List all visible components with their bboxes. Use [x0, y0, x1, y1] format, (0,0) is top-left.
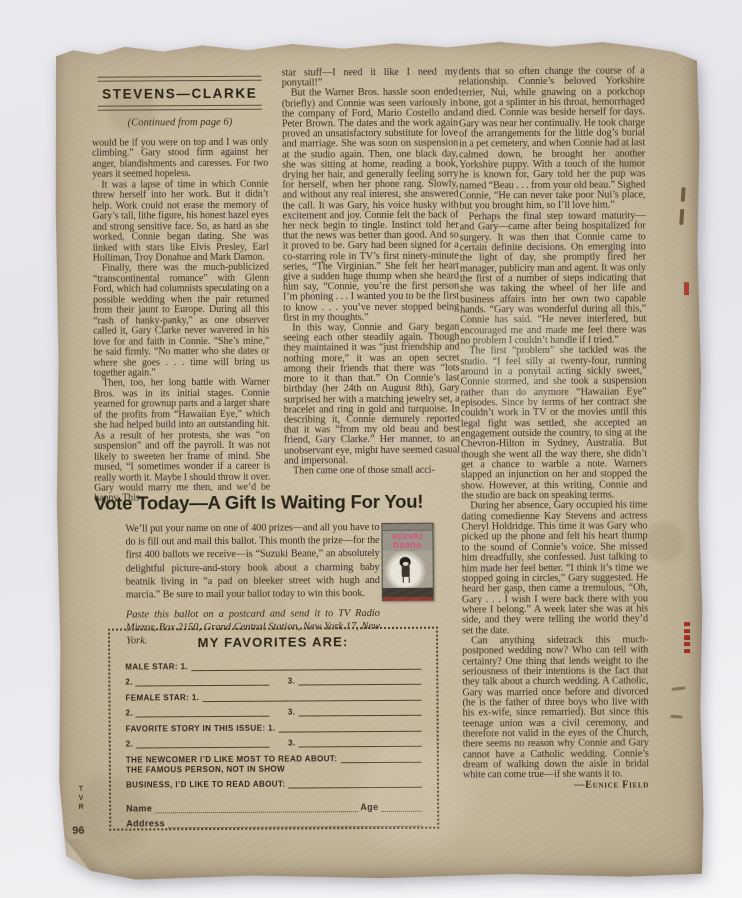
spine-code: T V R	[75, 785, 87, 812]
spine-letter: R	[75, 803, 87, 812]
vote-section: Vote Today—A Gift Is Waiting For You! We…	[94, 491, 459, 649]
girl-figure-body	[401, 566, 409, 577]
continued-from-note: (Continued from page 6)	[92, 117, 268, 129]
book-cover-illustration	[383, 551, 433, 588]
ballot-row-male-star: MALE STAR: 1.	[125, 654, 421, 671]
choice-3-label: 3.	[288, 738, 299, 747]
address-label: Address	[126, 819, 168, 828]
female-star-label: FEMALE STAR: 1.	[125, 693, 202, 702]
page-number: 96	[72, 825, 84, 837]
corner-fold	[58, 838, 153, 881]
choice-2-label: 2.	[126, 708, 137, 717]
ballot-row-story-23: 2. 3.	[126, 731, 422, 748]
ballot-row-female-23: 2. 3.	[125, 700, 421, 717]
write-in-line	[278, 721, 421, 732]
article-paragraph: It was a lapse of time in which Connie t…	[92, 179, 269, 264]
newcomer-label: THE NEWCOMER I’D LIKE MOST TO READ ABOUT…	[126, 754, 341, 764]
book-cover-red-stripe	[383, 597, 433, 601]
article-column-2: star stuff—I need it like I need my pony…	[282, 68, 460, 477]
write-in-line	[191, 659, 421, 670]
ballot-row-address: Address	[126, 811, 422, 828]
choice-2-label: 2.	[125, 677, 136, 686]
ballot-row-male-23: 2. 3.	[125, 669, 421, 686]
article-paragraph: Finally, there was the much-publicized “…	[93, 263, 270, 379]
article-paragraph: Then came one of those small acci-	[284, 465, 460, 476]
article-column-1: STEVENS—CLARKE (Continued from page 6) w…	[92, 76, 271, 505]
write-in-line	[136, 707, 270, 718]
book-cover-footer-band	[383, 588, 433, 597]
article-paragraph: star stuff—I need it like I need my pony…	[282, 68, 458, 89]
ballot-row-newcomer: THE NEWCOMER I’D LIKE MOST TO READ ABOUT…	[126, 747, 422, 764]
staple-mark	[679, 187, 685, 225]
male-star-label: MALE STAR: 1.	[125, 662, 191, 671]
article-paragraph: The first “problem” she tackled was the …	[460, 346, 647, 502]
write-in-line	[136, 676, 270, 687]
girl-figure-legs	[403, 577, 410, 583]
ballot-form: MY FAVORITES ARE: MALE STAR: 1. 2. 3. FE…	[108, 627, 439, 831]
write-in-line	[288, 778, 422, 789]
article-heading: STEVENS—CLARKE	[92, 86, 268, 102]
name-write-in-line	[155, 802, 358, 813]
famous-person-label-2: BUSINESS, I’D LIKE TO READ ABOUT:	[126, 780, 288, 790]
paper-sheet: STEVENS—CLARKE (Continued from page 6) w…	[53, 39, 704, 881]
paragraph-text: Can anything sidetrack this much-postpon…	[462, 634, 649, 781]
choice-3-label: 3.	[288, 707, 299, 716]
edge-tear	[670, 715, 682, 718]
vote-body-text: We’ll put your name on one of 400 prizes…	[125, 521, 379, 602]
write-in-line	[340, 752, 422, 762]
write-in-line	[298, 675, 421, 686]
choice-3-label: 3.	[288, 676, 299, 685]
choice-2-label: 2.	[126, 739, 137, 748]
red-edge-mark	[684, 282, 689, 295]
address-write-in-line	[168, 817, 422, 829]
ballot-title: MY FAVORITES ARE:	[125, 634, 421, 651]
article-paragraph: Can anything sidetrack this much-postpon…	[462, 635, 649, 781]
article-paragraph: In this way, Connie and Gary began seein…	[283, 323, 460, 467]
article-paragraph: would be if you were on top and I was on…	[92, 138, 268, 181]
heading-rule-bottom	[98, 105, 262, 111]
article-paragraph: dents that so often change the course of…	[459, 66, 646, 212]
write-in-line	[299, 737, 422, 748]
spine-letter: V	[75, 794, 87, 803]
write-in-line	[202, 690, 421, 701]
article-column-3: dents that so often change the course of…	[459, 66, 649, 791]
favorite-story-label: FAVORITE STORY IN THIS ISSUE: 1.	[126, 723, 279, 733]
red-edge-mark-group	[684, 622, 690, 653]
article-paragraph: But the Warner Bros. hassle soon ended (…	[282, 88, 459, 324]
vote-headline: Vote Today—A Gift Is Waiting For You!	[94, 491, 458, 515]
spine-letter: T	[75, 785, 87, 794]
famous-person-label-1: THE FAMOUS PERSON, NOT IN SHOW	[126, 764, 288, 774]
book-cover: suzuki beane	[381, 523, 433, 601]
ballot-row-female-star: FEMALE STAR: 1.	[125, 685, 421, 702]
magazine-page: STEVENS—CLARKE (Continued from page 6) w…	[53, 39, 704, 881]
article-paragraph: Perhaps the final step toward maturity—a…	[459, 211, 646, 347]
article-paragraph: During her absence, Gary occupied his ti…	[461, 501, 648, 637]
heading-rule-top	[98, 76, 262, 82]
write-in-line	[136, 738, 270, 749]
age-label: Age	[358, 802, 381, 811]
author-byline: —Eunice Field	[565, 780, 649, 791]
book-title-line2: beane	[382, 541, 432, 550]
age-write-in-line	[381, 801, 422, 811]
name-label: Name	[126, 804, 155, 813]
article-paragraph: Then, too, her long battle with Warner B…	[94, 378, 271, 505]
book-cover-title: suzuki beane	[382, 531, 432, 551]
ballot-row-name-age: Name Age	[126, 796, 422, 813]
write-in-line	[298, 706, 421, 717]
edge-tear	[671, 686, 685, 690]
ballot-row-favorite-story: FAVORITE STORY IN THIS ISSUE: 1.	[126, 716, 422, 733]
ballot-row-famous-person-line2: BUSINESS, I’D LIKE TO READ ABOUT:	[126, 772, 422, 789]
